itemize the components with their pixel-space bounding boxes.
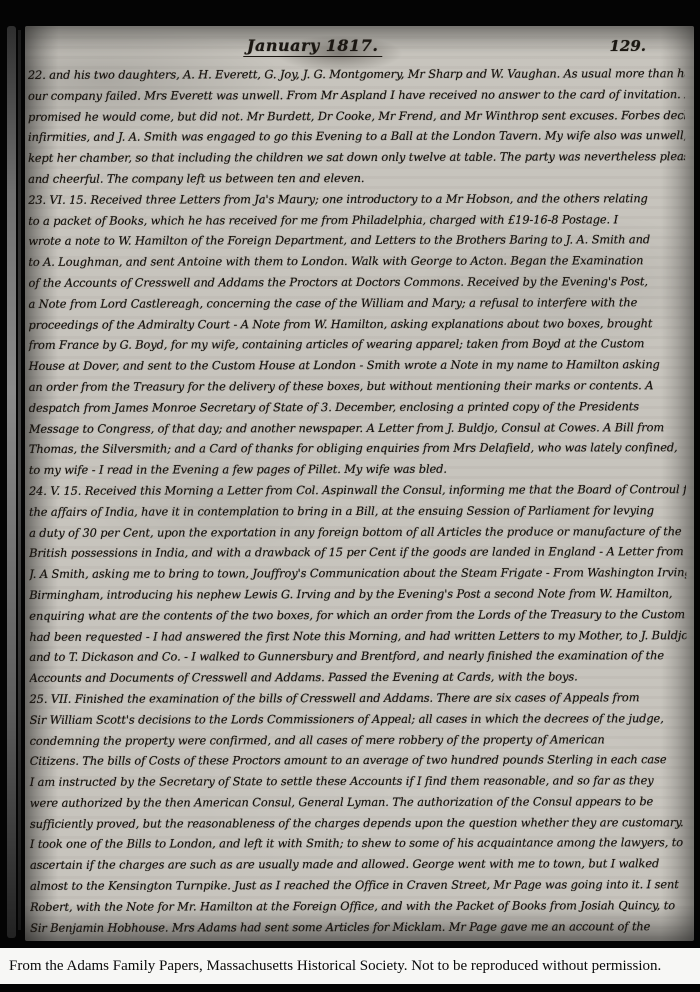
manuscript-line: Robert, with the Note for Mr. Hamilton a… bbox=[30, 895, 687, 918]
manuscript-line: despatch from James Monroe Secretary of … bbox=[29, 396, 686, 419]
manuscript-line: I took one of the Bills to London, and l… bbox=[30, 833, 687, 856]
manuscript-text: 22. and his two daughters, A. H. Everett… bbox=[28, 63, 687, 938]
manuscript-line: British possessions in India, and with a… bbox=[29, 541, 686, 564]
manuscript-line: Thomas, the Silversmith; and a Card of t… bbox=[29, 437, 686, 460]
manuscript-line: and cheerful. The company left us betwee… bbox=[28, 167, 685, 190]
manuscript-line: were authorized by the then American Con… bbox=[30, 791, 687, 814]
manuscript-line: Accounts and Documents of Cresswell and … bbox=[29, 666, 686, 689]
page-header: January 1817. 129. bbox=[25, 36, 694, 66]
manuscript-line: Citizens. The bills of Costs of these Pr… bbox=[30, 749, 687, 772]
manuscript-line: infirmities, and J. A. Smith was engaged… bbox=[28, 126, 685, 149]
manuscript-line: condemning the property were confirmed, … bbox=[30, 729, 687, 752]
manuscript-line: wrote a note to W. Hamilton of the Forei… bbox=[28, 230, 685, 253]
page-number: 129. bbox=[609, 37, 646, 55]
book-spine-edge bbox=[7, 26, 16, 938]
manuscript-line: to my wife - I read in the Evening a few… bbox=[29, 458, 686, 481]
manuscript-line: House at Dover, and sent to the Custom H… bbox=[29, 354, 686, 377]
manuscript-line: an order from the Treasury for the deliv… bbox=[29, 375, 686, 398]
manuscript-line: from France by G. Boyd, for my wife, con… bbox=[29, 333, 686, 356]
manuscript-line: promised he would come, but did not. Mr … bbox=[28, 105, 685, 128]
manuscript-line: Sir Benjamin Hobhouse. Mrs Adams had sen… bbox=[30, 916, 687, 939]
manuscript-line: and to T. Dickason and Co. - I walked to… bbox=[29, 645, 686, 668]
manuscript-line: sufficiently proved, but the reasonablen… bbox=[30, 812, 687, 835]
book-spine-shadow bbox=[18, 30, 21, 930]
manuscript-line: Birmingham, introducing his nephew Lewis… bbox=[29, 583, 686, 606]
manuscript-line: our company failed. Mrs Everett was unwe… bbox=[28, 84, 685, 107]
manuscript-line: I am instructed by the Secretary of Stat… bbox=[30, 770, 687, 793]
manuscript-line: Message to Congress, of that day; and an… bbox=[29, 417, 686, 440]
manuscript-line: a Note from Lord Castlereagh, concerning… bbox=[28, 292, 685, 315]
manuscript-page: January 1817. 129. 22. and his two daugh… bbox=[25, 26, 694, 941]
manuscript-line: 25. VII. Finished the examination of the… bbox=[29, 687, 686, 710]
manuscript-line: 22. and his two daughters, A. H. Everett… bbox=[28, 63, 685, 86]
manuscript-line: of the Accounts of Cresswell and Addams … bbox=[28, 271, 685, 294]
manuscript-line: to a packet of Books, which he has recei… bbox=[28, 209, 685, 232]
manuscript-line: the affairs of India, have it in contemp… bbox=[29, 500, 686, 523]
journal-date-heading: January 1817. bbox=[243, 36, 382, 57]
manuscript-line: 23. VI. 15. Received three Letters from … bbox=[28, 188, 685, 211]
manuscript-line: a duty of 30 per Cent, upon the exportat… bbox=[29, 521, 686, 544]
manuscript-line: 24. V. 15. Received this Morning a Lette… bbox=[29, 479, 686, 502]
scan-background: January 1817. 129. 22. and his two daugh… bbox=[0, 0, 700, 992]
manuscript-line: almost to the Kensington Turnpike. Just … bbox=[30, 874, 687, 897]
manuscript-line: J. A Smith, asking me to bring to town, … bbox=[29, 562, 686, 585]
manuscript-line: proceedings of the Admiralty Court - A N… bbox=[29, 313, 686, 336]
caption-bar: From the Adams Family Papers, Massachuse… bbox=[0, 948, 700, 984]
caption-text: From the Adams Family Papers, Massachuse… bbox=[0, 958, 661, 975]
manuscript-line: Sir William Scott's decisions to the Lor… bbox=[30, 708, 687, 731]
manuscript-line: ascertain if the charges are such as are… bbox=[30, 853, 687, 876]
manuscript-line: kept her chamber, so that including the … bbox=[28, 146, 685, 169]
manuscript-line: to A. Loughman, and sent Antoine with th… bbox=[28, 250, 685, 273]
manuscript-line: had been requested - I had answered the … bbox=[29, 625, 686, 648]
manuscript-line: enquiring what are the contents of the t… bbox=[29, 604, 686, 627]
